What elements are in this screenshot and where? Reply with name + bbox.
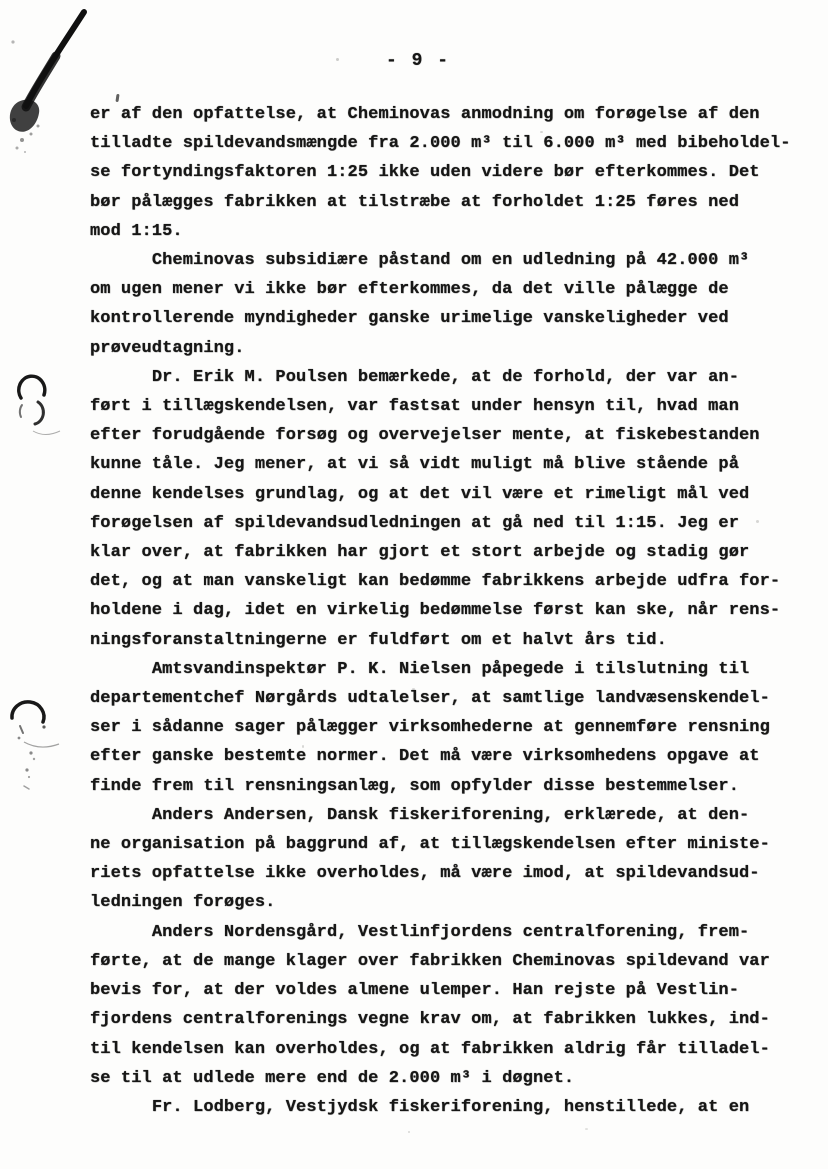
paragraph-poulsen-statement: Dr. Erik M. Poulsen bemærkede, at de for… <box>90 363 804 655</box>
paragraph-nordensgaard-statement: Anders Nordensgård, Vestlinfjordens cent… <box>90 918 804 1093</box>
paragraph-lodberg-opening-line: Fr. Lodberg, Vestjydsk fiskeriforening, … <box>90 1093 804 1122</box>
scan-speck <box>336 58 339 61</box>
page-number: - 9 - <box>386 51 450 71</box>
document-body: er af den opfattelse, at Cheminovas anmo… <box>90 100 804 1122</box>
scan-speck <box>585 1128 588 1130</box>
paragraph-continuation: er af den opfattelse, at Cheminovas anmo… <box>90 100 804 246</box>
paragraph-cheminova-claim: Cheminovas subsidiære påstand om en udle… <box>90 246 804 363</box>
paragraph-andersen-statement: Anders Andersen, Dansk fiskeriforening, … <box>90 801 804 918</box>
ring-scribble-mark-upper <box>2 364 72 448</box>
ring-scribble-mark-lower <box>0 690 75 805</box>
scan-speck <box>408 1131 410 1133</box>
paragraph-nielsen-statement: Amtsvandinspektør P. K. Nielsen påpegede… <box>90 655 804 801</box>
scanned-document-page: - 9 - er af den opfattelse, at Cheminova… <box>0 0 828 1169</box>
